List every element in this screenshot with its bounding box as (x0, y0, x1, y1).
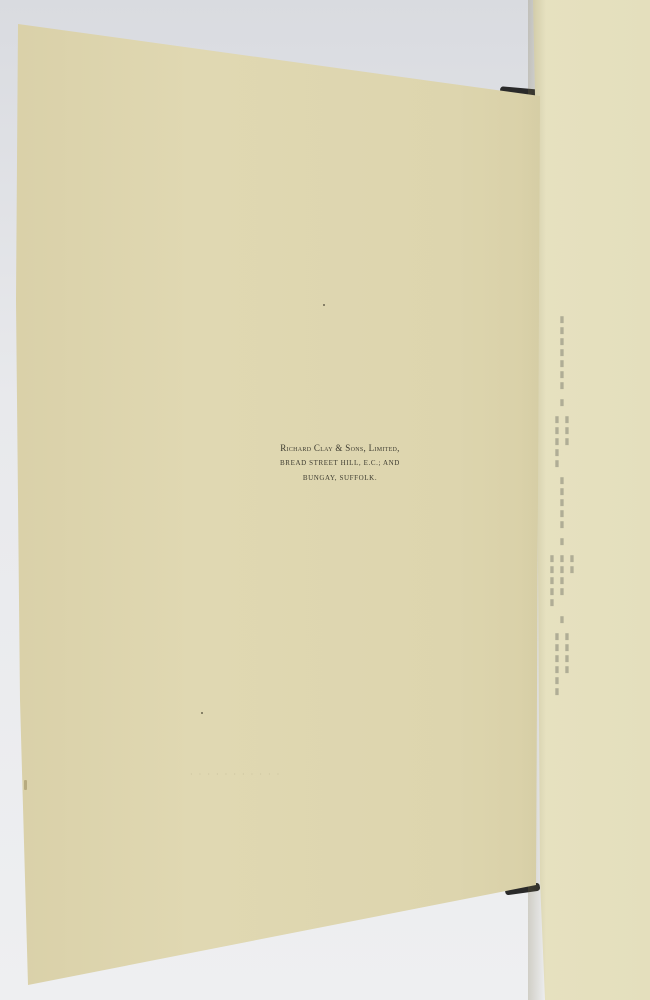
showthrough-line: ▮▮▮ ▮▮▮▮▮ (553, 415, 573, 470)
showthrough-line: ▮▮ ▮▮▮▮ ▮▮▮▮▮ (548, 554, 578, 609)
right-page-showthrough-text: ▮▮▮▮▮▮▮ ▮ ▮▮▮ ▮▮▮▮▮ ▮▮▮▮▮ ▮ ▮▮ ▮▮▮▮ ▮▮▮▮… (548, 315, 578, 615)
imprint-line-address: Bread Street Hill, E.C.; and (250, 456, 430, 471)
faint-showthrough-text: · · · · · · · · · · · (190, 770, 430, 780)
imprint-line-printer: Richard Clay & Sons, Limited, (250, 441, 430, 456)
paper-speck (201, 712, 203, 714)
showthrough-line: ▮▮▮▮▮▮▮ (558, 315, 568, 392)
imprint-line-town: Bungay, Suffolk. (250, 471, 430, 486)
showthrough-line: ▮▮▮▮▮ (558, 476, 568, 531)
paper-speck (323, 304, 325, 306)
showthrough-line: ▮ (558, 537, 568, 548)
showthrough-line: ▮ (558, 615, 568, 626)
showthrough-line: ▮ (558, 398, 568, 409)
printer-imprint: Richard Clay & Sons, Limited, Bread Stre… (250, 441, 430, 486)
page-edge-wear (24, 780, 27, 790)
showthrough-line: ▮▮▮▮ ▮▮▮▮▮▮ (553, 632, 573, 698)
